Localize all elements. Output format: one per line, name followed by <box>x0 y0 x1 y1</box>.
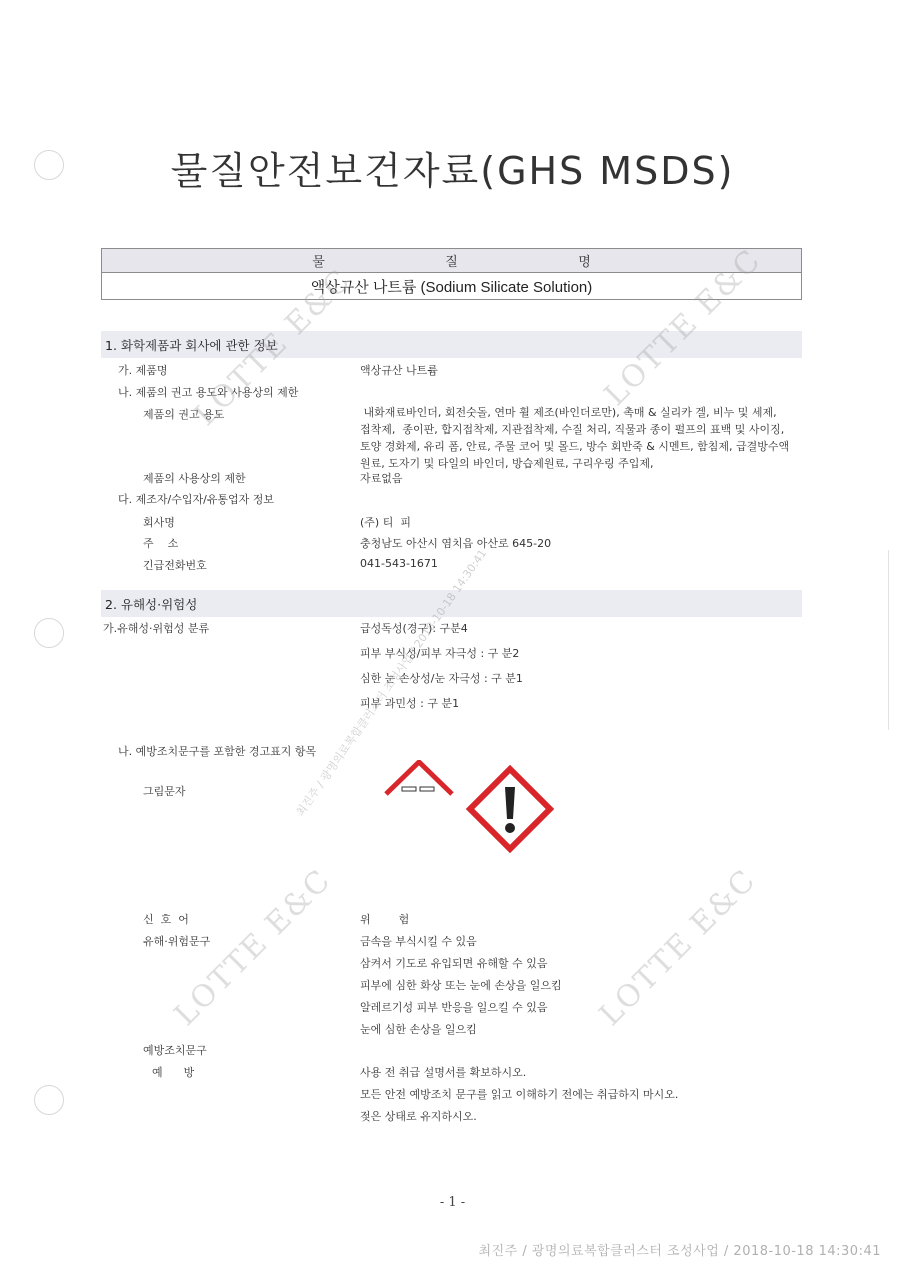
classification-item: 피부 부식성/피부 자극성 : 구 분2 <box>360 645 519 661</box>
recommended-use-text: 내화재료바인더, 회전숫돌, 연마 휠 제조(바인더로만), 촉매 & 실리카 … <box>360 404 805 472</box>
document-title: 물질안전보건자료(GHS MSDS) <box>0 140 905 195</box>
product-name-value: 액상규산 나트륨 <box>360 362 438 378</box>
header-char: 명 <box>578 251 591 270</box>
signal-word-label: 신 호 어 <box>143 911 189 927</box>
classification-label: 가.유해성·위험성 분류 <box>103 620 209 636</box>
recommended-use-line: 내화재료바인더, 회전숫돌, 연마 휠 제조(바인더로만), 촉매 & 실리카 … <box>360 404 805 421</box>
prevention-statement: 모든 안전 예방조치 문구를 읽고 이해하기 전에는 취급하지 마시오. <box>360 1086 678 1102</box>
footer-stamp: 최진주 / 광명의료복합클러스터 조성사업 / 2018-10-18 14:30… <box>479 1240 881 1259</box>
punch-hole <box>34 1085 64 1115</box>
hazard-statement: 금속을 부식시킬 수 있음 <box>360 933 477 949</box>
recommended-use-line: 접착제, 종이판, 합지접착제, 지관접착제, 수질 처리, 직물과 종이 펄프… <box>360 421 805 438</box>
hazard-statement: 삼켜서 기도로 유입되면 유해할 수 있음 <box>360 955 548 971</box>
signal-word-value: 위 험 <box>360 911 409 927</box>
precaution-label: 예방조치문구 <box>143 1042 207 1058</box>
recommended-use-line: 토양 경화제, 유리 폼, 안료, 주물 코어 및 몰드, 방수 회반죽 & 시… <box>360 438 805 455</box>
corrosion-icon <box>384 760 454 796</box>
prevention-statement: 젖은 상태로 유지하시오. <box>360 1108 477 1124</box>
phone-value: 041-543-1671 <box>360 557 438 570</box>
address-label: 주 소 <box>143 535 178 551</box>
substance-name-header: 물 질 명 <box>102 249 801 273</box>
restriction-value: 자료없음 <box>360 470 403 486</box>
header-char: 물 <box>312 251 325 270</box>
brand-watermark: LOTTE E&C <box>593 862 763 1032</box>
supplier-info-label: 다. 제조자/수입자/유통업자 정보 <box>118 491 274 507</box>
address-value: 충청남도 아산시 염치읍 아산로 645-20 <box>360 535 551 551</box>
prevention-label: 예 방 <box>152 1064 194 1080</box>
prevention-statement: 사용 전 취급 설명서를 확보하시오. <box>360 1064 526 1080</box>
company-label: 회사명 <box>143 514 175 530</box>
hazard-statement: 눈에 심한 손상을 일으킴 <box>360 1021 477 1037</box>
hazard-statement: 알레르기성 피부 반응을 일으킬 수 있음 <box>360 999 548 1015</box>
header-char: 질 <box>445 251 458 270</box>
label-elements-label: 나. 예방조치문구를 포함한 경고표지 항목 <box>118 743 316 759</box>
restriction-label: 제품의 사용상의 제한 <box>143 470 246 486</box>
phone-label: 긴급전화번호 <box>143 557 207 573</box>
exclamation-mark-icon <box>466 765 554 853</box>
recommended-use-line: 원료, 도자기 및 타일의 바인더, 방습제원료, 구리우링 주입제, <box>360 455 805 472</box>
page-number: - 1 - <box>0 1195 905 1210</box>
pictogram-label: 그림문자 <box>143 783 186 799</box>
hazard-statement: 피부에 심한 화상 또는 눈에 손상을 일으킴 <box>360 977 562 993</box>
hazard-statements-label: 유해·위험문구 <box>143 933 210 949</box>
company-value: (주) 티 피 <box>360 514 411 530</box>
scan-edge-line <box>888 550 889 730</box>
product-name-label: 가. 제품명 <box>118 362 168 378</box>
punch-hole <box>34 618 64 648</box>
